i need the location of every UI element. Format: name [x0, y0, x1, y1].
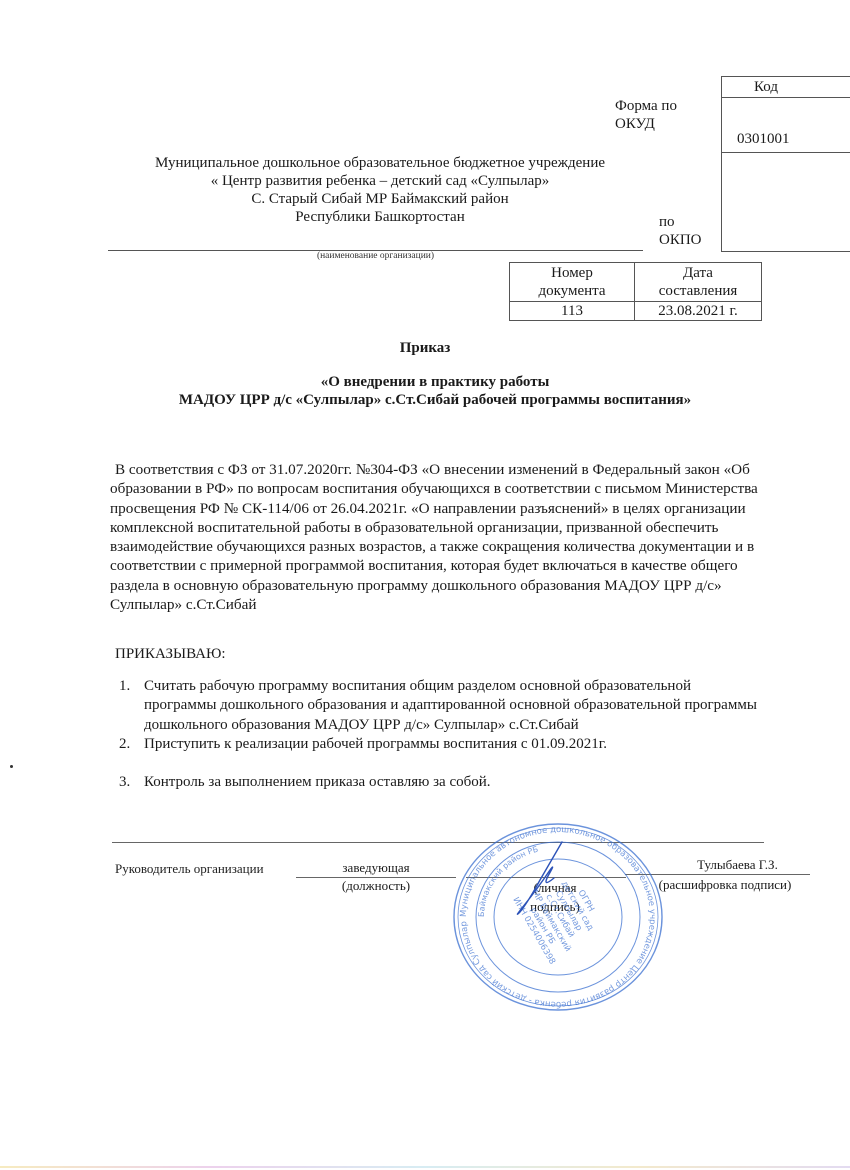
organization-line: Республики Башкортостан: [100, 208, 660, 226]
order-item-number: 3.: [119, 773, 130, 792]
document-subtitle: «О внедрении в практику работы МАДОУ ЦРР…: [0, 373, 850, 409]
order-item-text: Приступить к реализации рабочей программ…: [144, 736, 607, 752]
document-date-value: 23.08.2021 г.: [635, 302, 762, 321]
form-label-line2: ОКУД: [615, 115, 677, 133]
document-number-value: 113: [510, 302, 635, 321]
order-item-text: Считать рабочую программу воспитания общ…: [144, 678, 757, 733]
code-table-header: Код: [722, 77, 850, 98]
order-item-number: 1.: [119, 677, 130, 696]
form-okud-label: Форма по ОКУД: [615, 97, 677, 133]
header-line: Дата: [635, 264, 761, 282]
signature-position-value: заведующая: [296, 860, 456, 876]
organization-line: « Центр развития ребенка – детский сад «…: [100, 172, 660, 190]
signature-role-label: Руководитель организации: [115, 861, 264, 877]
okud-code: 0301001: [737, 130, 790, 148]
spacer: [119, 754, 759, 773]
signature-name-caption: (расшифровка подписи): [640, 877, 810, 893]
form-label-line1: Форма по: [615, 97, 677, 115]
order-list: 1. Считать рабочую программу воспитания …: [119, 677, 759, 792]
organization-name: Муниципальное дошкольное образовательное…: [100, 154, 660, 226]
document-number-header: Номер документа: [510, 263, 635, 302]
subtitle-line: «О внедрении в практику работы: [0, 373, 850, 391]
scan-bottom-edge: [0, 1166, 850, 1168]
header-line: составления: [635, 282, 761, 300]
document-title: Приказ: [0, 340, 850, 357]
organization-caption: (наименование организации): [108, 251, 643, 261]
document-date-header: Дата составления: [635, 263, 762, 302]
okpo-label-line1: по: [659, 213, 702, 231]
signature-position-caption: (должность): [296, 878, 456, 894]
order-item: 3. Контроль за выполнением приказа остав…: [119, 773, 759, 792]
order-item: 2. Приступить к реализации рабочей прогр…: [119, 735, 759, 754]
code-table: Код 0301001: [721, 76, 850, 252]
header-line: документа: [510, 282, 634, 300]
header-line: Номер: [510, 264, 634, 282]
okpo-label: по ОКПО: [659, 213, 702, 249]
organization-line: Муниципальное дошкольное образовательное…: [100, 154, 660, 172]
order-item: 1. Считать рабочую программу воспитания …: [119, 677, 759, 735]
code-column-label: Код: [754, 78, 778, 96]
order-word: ПРИКАЗЫВАЮ:: [115, 646, 226, 663]
order-item-text: Контроль за выполнением приказа оставляю…: [144, 774, 491, 790]
preamble-paragraph: В соответствия с ФЗ от 31.07.2020гг. №30…: [110, 460, 760, 614]
order-item-number: 2.: [119, 735, 130, 754]
handwritten-signature-icon: [510, 840, 580, 920]
organization-line: С. Старый Сибай МР Баймакский район: [100, 190, 660, 208]
signature-separator: [112, 842, 764, 843]
subtitle-line: МАДОУ ЦРР д/с «Сулпылар» с.Ст.Сибай рабо…: [0, 391, 850, 409]
scan-speck: [10, 765, 13, 768]
document-number-table: Номер документа Дата составления 113 23.…: [509, 262, 762, 321]
okud-code-cell: 0301001: [722, 97, 850, 153]
okpo-label-line2: ОКПО: [659, 231, 702, 249]
